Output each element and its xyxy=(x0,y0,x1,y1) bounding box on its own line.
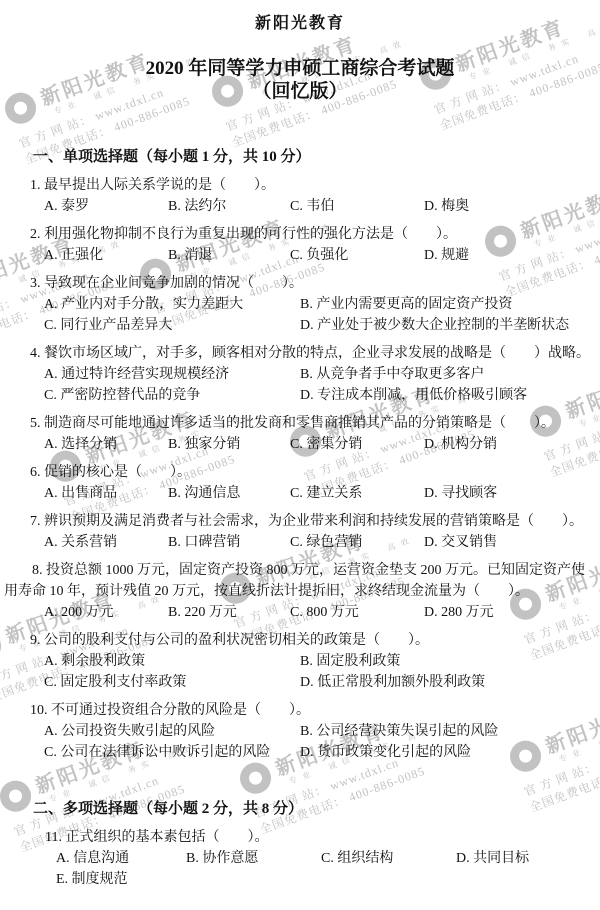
section-1: 一、单项选择题（每小题 1 分，共 10 分）1. 最早提出人际关系学说的是（ … xyxy=(0,147,600,763)
question-text: 11. 正式组织的基本素包括（ ）。 xyxy=(45,827,600,848)
option: C. 绿色营销 xyxy=(290,532,424,553)
question-text: 6. 促销的核心是（ ）。 xyxy=(30,462,600,483)
sections-container: 一、单项选择题（每小题 1 分，共 10 分）1. 最早提出人际关系学说的是（ … xyxy=(0,147,600,890)
options-row: A. 选择分销B. 独家分销C. 密集分销D. 机构分销 xyxy=(44,434,600,455)
option: C. 严密防控替代品的竞争 xyxy=(44,385,300,406)
question: 2. 利用强化物抑制不良行为重复出现的可行性的强化方法是（ ）。A. 正强化B.… xyxy=(0,224,600,266)
option: D. 低正常股利加额外股利政策 xyxy=(300,672,485,693)
option: A. 200 万元 xyxy=(44,602,168,623)
option: A. 关系营销 xyxy=(44,532,168,553)
question: 8. 投资总额 1000 万元，固定资产投资 800 万元，运营资金垫支 200… xyxy=(0,560,600,623)
option: A. 正强化 xyxy=(44,245,168,266)
option: D. 寻找顾客 xyxy=(424,483,497,504)
question-text: 8. 投资总额 1000 万元，固定资产投资 800 万元，运营资金垫支 200… xyxy=(4,560,596,602)
options-row: C. 公司在法律诉讼中败诉引起的风险D. 货币政策变化引起的风险 xyxy=(44,742,600,763)
question-text: 2. 利用强化物抑制不良行为重复出现的可行性的强化方法是（ ）。 xyxy=(30,224,600,245)
option: A. 通过特许经营实现规模经济 xyxy=(44,364,300,385)
question: 1. 最早提出人际关系学说的是（ ）。A. 泰罗B. 法约尔C. 韦伯D. 梅奥 xyxy=(0,175,600,217)
option: E. 制度规范 xyxy=(56,869,186,890)
option: A. 泰罗 xyxy=(44,196,168,217)
option: C. 800 万元 xyxy=(290,602,424,623)
options-row: C. 固定股利支付率政策D. 低正常股利加额外股利政策 xyxy=(44,672,600,693)
question: 6. 促销的核心是（ ）。A. 出售商品B. 沟通信息C. 建立关系D. 寻找顾… xyxy=(0,462,600,504)
option: A. 公司投资失败引起的风险 xyxy=(44,721,300,742)
question-text: 4. 餐饮市场区域广，对手多，顾客相对分散的特点，企业寻求发展的战略是（ ）战略… xyxy=(30,343,600,364)
option: C. 密集分销 xyxy=(290,434,424,455)
option: A. 剩余股利政策 xyxy=(44,651,300,672)
option: C. 建立关系 xyxy=(290,483,424,504)
section-heading: 二、多项选择题（每小题 2 分，共 8 分） xyxy=(33,799,600,820)
option: D. 280 万元 xyxy=(424,602,494,623)
question: 5. 制造商尽可能地通过许多适当的批发商和零售商推销其产品的分销策略是（ ）。A… xyxy=(0,413,600,455)
option: D. 共同目标 xyxy=(456,848,529,869)
question-text: 1. 最早提出人际关系学说的是（ ）。 xyxy=(30,175,600,196)
option: D. 规避 xyxy=(424,245,469,266)
option: B. 独家分销 xyxy=(168,434,290,455)
question: 11. 正式组织的基本素包括（ ）。A. 信息沟通B. 协作意愿C. 组织结构D… xyxy=(0,827,600,890)
option: A. 产业内对手分散，实力差距大 xyxy=(44,294,300,315)
option: C. 同行业产品差异大 xyxy=(44,315,300,336)
question: 4. 餐饮市场区域广，对手多，顾客相对分散的特点，企业寻求发展的战略是（ ）战略… xyxy=(0,343,600,406)
question-text: 10. 不可通过投资组合分散的风险是（ ）。 xyxy=(30,700,600,721)
question-text: 7. 辨识预期及满足消费者与社会需求，为企业带来利润和持续发展的营销策略是（ ）… xyxy=(30,511,600,532)
option: D. 交叉销售 xyxy=(424,532,497,553)
option: B. 沟通信息 xyxy=(168,483,290,504)
option: B. 公司经营决策失误引起的风险 xyxy=(300,721,498,742)
question: 3. 导致现在企业间竞争加剧的情况（ ）。A. 产业内对手分散，实力差距大B. … xyxy=(0,273,600,336)
option: C. 公司在法律诉讼中败诉引起的风险 xyxy=(44,742,300,763)
option: B. 产业内需要更高的固定资产投资 xyxy=(300,294,512,315)
option: A. 信息沟通 xyxy=(56,848,186,869)
option: B. 协作意愿 xyxy=(186,848,321,869)
option: C. 韦伯 xyxy=(290,196,424,217)
option: D. 货币政策变化引起的风险 xyxy=(300,742,471,763)
option: B. 从竞争者手中夺取更多客户 xyxy=(300,364,484,385)
options-row: A. 200 万元B. 220 万元C. 800 万元D. 280 万元 xyxy=(44,602,600,623)
options-row: A. 公司投资失败引起的风险B. 公司经营决策失误引起的风险 xyxy=(44,721,600,742)
question: 7. 辨识预期及满足消费者与社会需求，为企业带来利润和持续发展的营销策略是（ ）… xyxy=(0,511,600,553)
option: B. 消退 xyxy=(168,245,290,266)
options-row: C. 同行业产品差异大D. 产业处于被少数大企业控制的半垄断状态 xyxy=(44,315,600,336)
options-row: A. 产业内对手分散，实力差距大B. 产业内需要更高的固定资产投资 xyxy=(44,294,600,315)
exam-page: 新阳光教育 专业 诚信 务实 高效 官 方 网 站： www.tdxl.cn 全… xyxy=(0,0,600,910)
question: 9. 公司的股利支付与公司的盈利状况密切相关的政策是（ ）。A. 剩余股利政策B… xyxy=(0,630,600,693)
options-row: A. 出售商品B. 沟通信息C. 建立关系D. 寻找顾客 xyxy=(44,483,600,504)
doc-title-line2: （回忆版） xyxy=(0,80,600,103)
option: B. 法约尔 xyxy=(168,196,290,217)
option: D. 机构分销 xyxy=(424,434,497,455)
document-content: 新阳光教育 2020 年同等学力申硕工商综合考试题 （回忆版） 一、单项选择题（… xyxy=(0,0,600,890)
option: C. 组织结构 xyxy=(321,848,456,869)
option: B. 固定股利政策 xyxy=(300,651,400,672)
options-row: A. 信息沟通B. 协作意愿C. 组织结构D. 共同目标 xyxy=(56,848,600,869)
question-text: 9. 公司的股利支付与公司的盈利状况密切相关的政策是（ ）。 xyxy=(30,630,600,651)
doc-title-line1: 2020 年同等学力申硕工商综合考试题 xyxy=(0,57,600,80)
option: B. 口碑营销 xyxy=(168,532,290,553)
option: D. 专注成本削减，用低价格吸引顾客 xyxy=(300,385,527,406)
options-row: A. 关系营销B. 口碑营销C. 绿色营销D. 交叉销售 xyxy=(44,532,600,553)
section-heading: 一、单项选择题（每小题 1 分，共 10 分） xyxy=(33,147,600,168)
options-row: E. 制度规范 xyxy=(56,869,600,890)
options-row: C. 严密防控替代品的竞争D. 专注成本削减，用低价格吸引顾客 xyxy=(44,385,600,406)
options-row: A. 正强化B. 消退C. 负强化D. 规避 xyxy=(44,245,600,266)
option: A. 选择分销 xyxy=(44,434,168,455)
option: B. 220 万元 xyxy=(168,602,290,623)
options-row: A. 剩余股利政策B. 固定股利政策 xyxy=(44,651,600,672)
option: C. 负强化 xyxy=(290,245,424,266)
option: D. 产业处于被少数大企业控制的半垄断状态 xyxy=(300,315,569,336)
options-row: A. 泰罗B. 法约尔C. 韦伯D. 梅奥 xyxy=(44,196,600,217)
brand-header: 新阳光教育 xyxy=(0,0,600,34)
options-row: A. 通过特许经营实现规模经济B. 从竞争者手中夺取更多客户 xyxy=(44,364,600,385)
option: A. 出售商品 xyxy=(44,483,168,504)
section-2: 二、多项选择题（每小题 2 分，共 8 分）11. 正式组织的基本素包括（ ）。… xyxy=(0,799,600,890)
question-text: 3. 导致现在企业间竞争加剧的情况（ ）。 xyxy=(30,273,600,294)
question-text: 5. 制造商尽可能地通过许多适当的批发商和零售商推销其产品的分销策略是（ ）。 xyxy=(30,413,600,434)
option: D. 梅奥 xyxy=(424,196,469,217)
option: C. 固定股利支付率政策 xyxy=(44,672,300,693)
question: 10. 不可通过投资组合分散的风险是（ ）。A. 公司投资失败引起的风险B. 公… xyxy=(0,700,600,763)
